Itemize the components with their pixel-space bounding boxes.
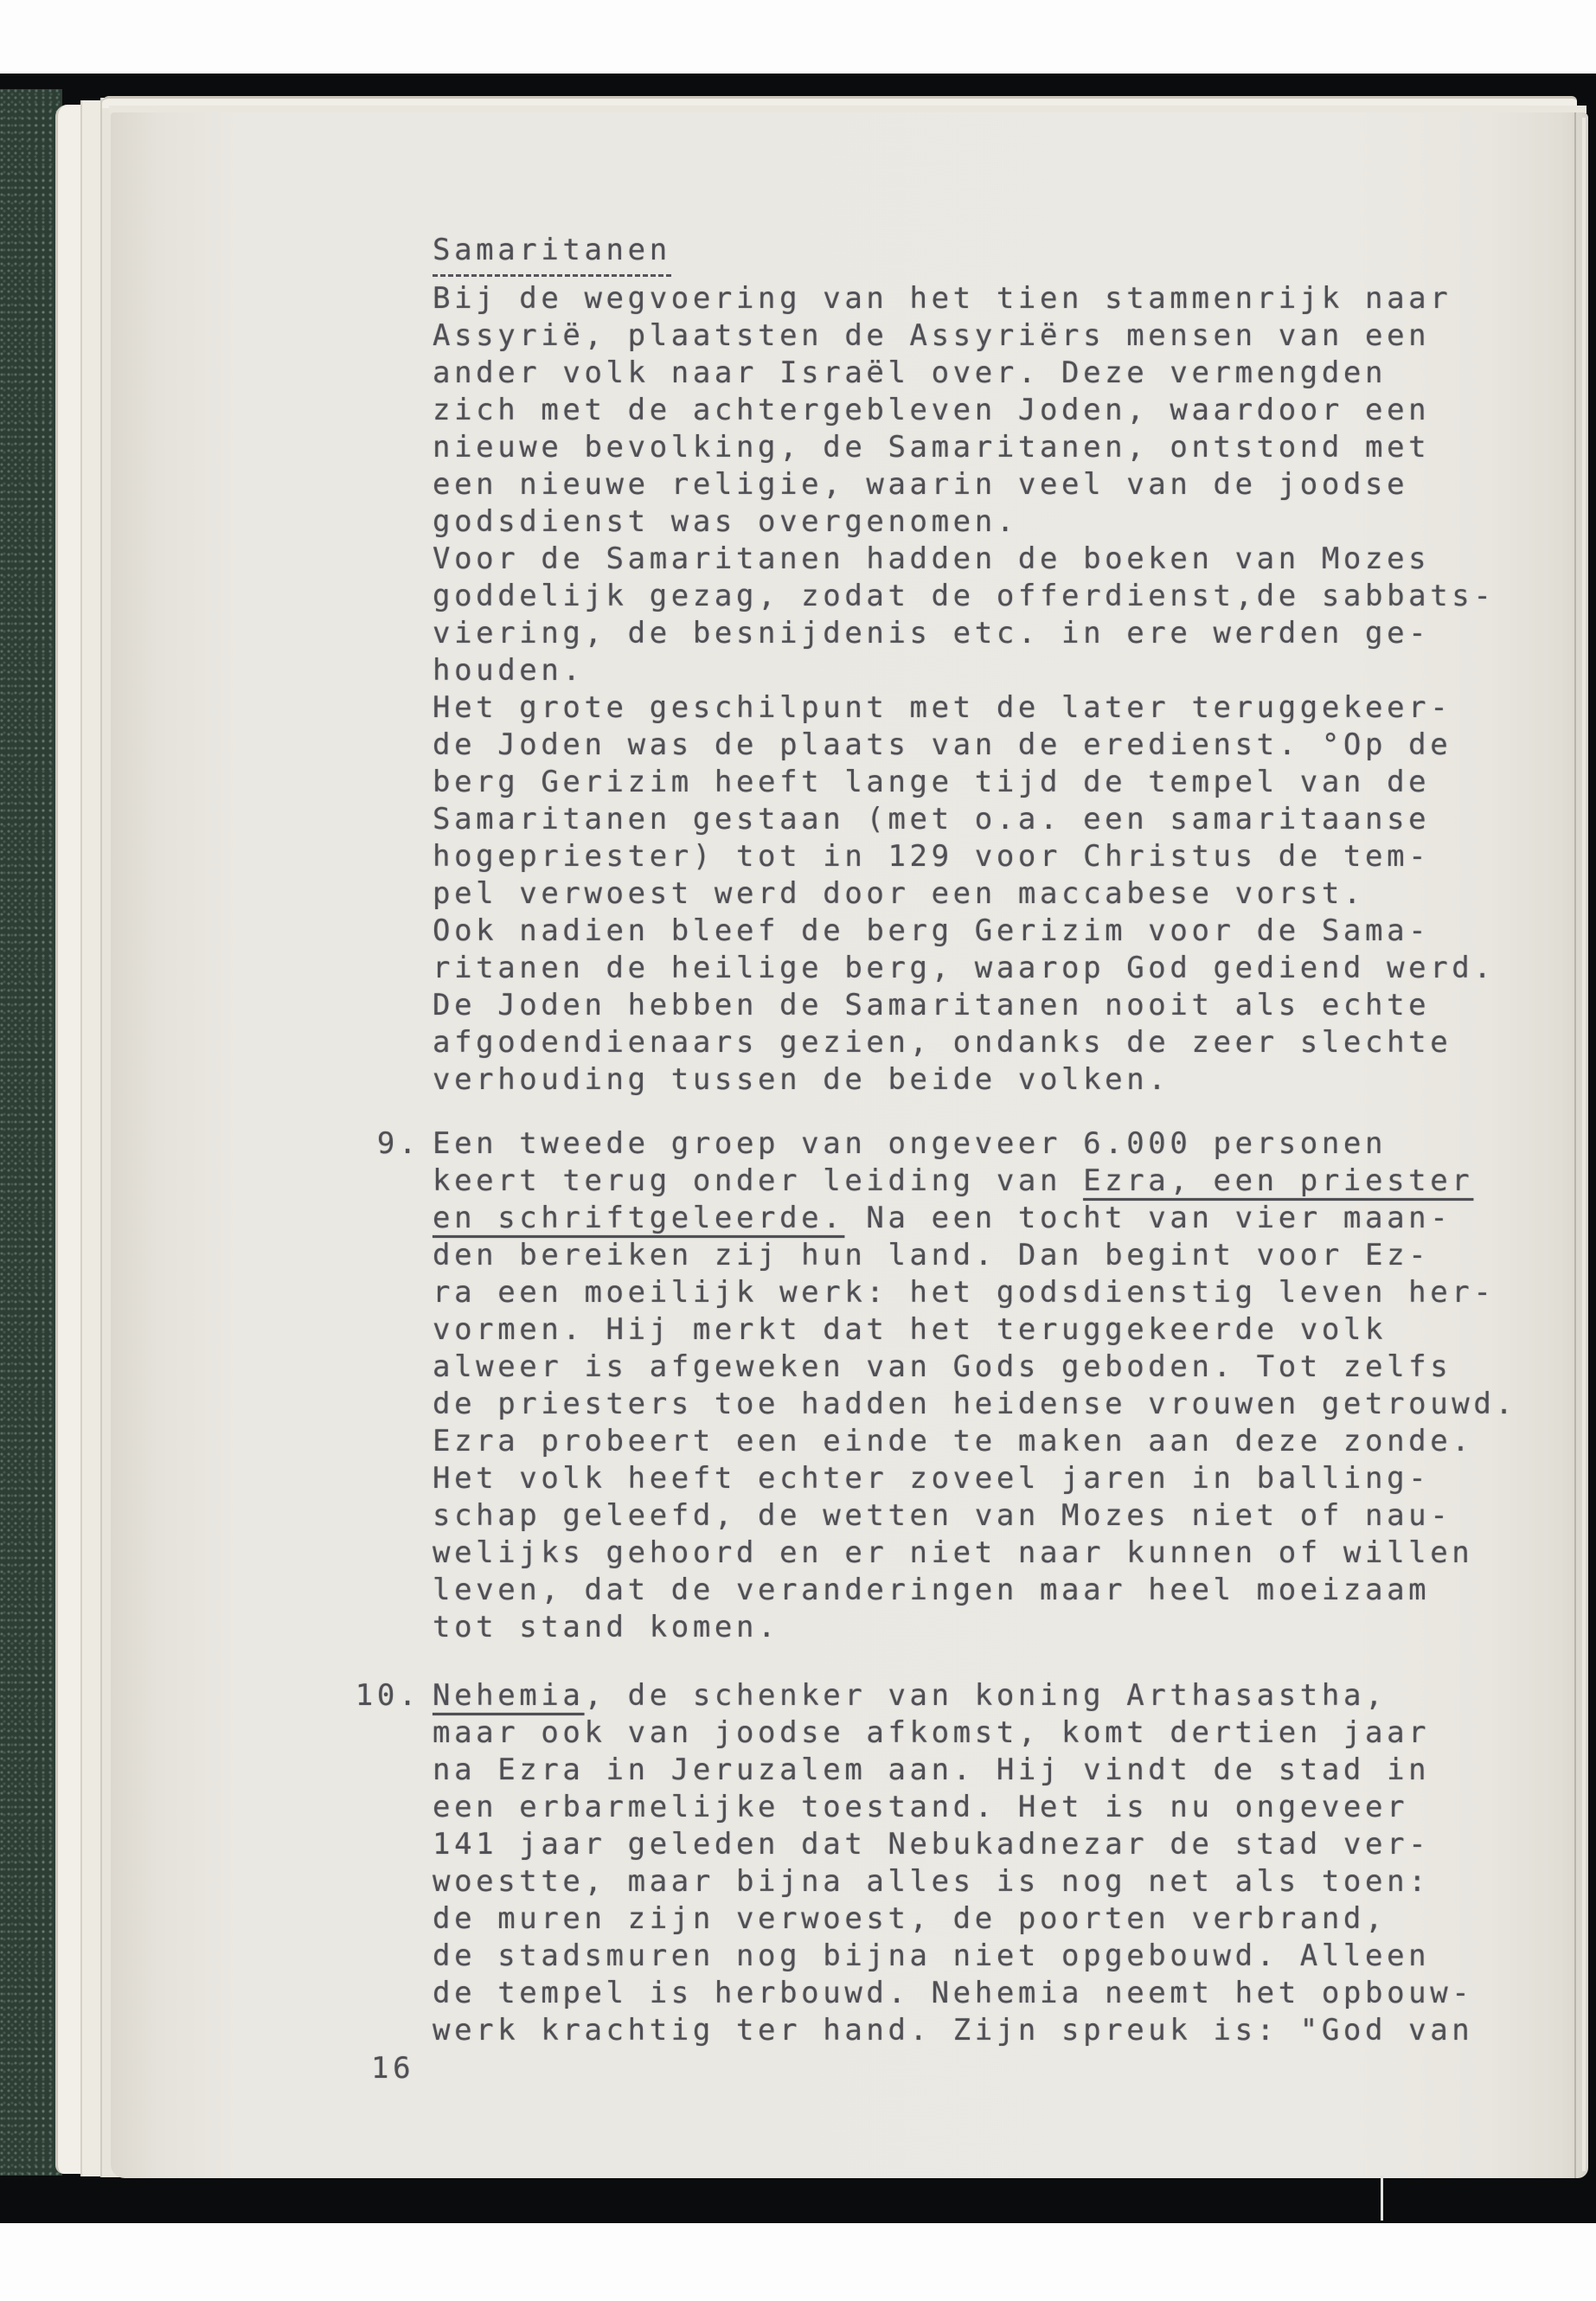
- text-line: de muren zijn verwoest, de poorten verbr…: [433, 1900, 1473, 1938]
- text-line: woestte, maar bijna alles is nog net als…: [433, 1863, 1473, 1900]
- numbered-item-9: 9. Een tweede groep van ongeveer 6.000 p…: [433, 1125, 1517, 1646]
- text-line: De Joden hebben de Samaritanen nooit als…: [433, 987, 1495, 1024]
- text-line: Het volk heeft echter zoveel jaren in ba…: [433, 1460, 1517, 1497]
- text-line: de tempel is herbouwd. Nehemia neemt het…: [433, 1975, 1473, 2012]
- item-number: 9.: [377, 1125, 420, 1163]
- text-line: een erbarmelijke toestand. Het is nu ong…: [433, 1789, 1473, 1826]
- text-line: alweer is afgeweken van Gods geboden. To…: [433, 1349, 1517, 1386]
- item-number: 10.: [356, 1677, 420, 1715]
- text-line: na Ezra in Jeruzalem aan. Hij vindt de s…: [433, 1752, 1473, 1789]
- text-line: werk krachtig ter hand. Zijn spreuk is: …: [433, 2012, 1473, 2049]
- text-line: maar ook van joodse afkomst, komt dertie…: [433, 1715, 1473, 1752]
- item-lines: Een tweede groep van ongeveer 6.000 pers…: [433, 1125, 1517, 1646]
- text-line: leven, dat de veranderingen maar heel mo…: [433, 1572, 1517, 1609]
- text-line: ra een moeilijk werk: het godsdienstig l…: [433, 1274, 1517, 1311]
- text-line: Nehemia, de schenker van koning Arthasas…: [433, 1677, 1473, 1715]
- text-line: nieuwe bevolking, de Samaritanen, ontsto…: [433, 429, 1495, 466]
- text-line: welijks gehoord en er niet naar kunnen o…: [433, 1535, 1517, 1572]
- text-line: Bij de wegvoering van het tien stammenri…: [433, 280, 1495, 317]
- page-title: Samaritanen: [433, 232, 671, 277]
- text-line: viering, de besnijdenis etc. in ere werd…: [433, 615, 1495, 652]
- text-line: afgodendienaars gezien, ondanks de zeer …: [433, 1024, 1495, 1061]
- text-line: 141 jaar geleden dat Nebukadnezar de sta…: [433, 1826, 1473, 1863]
- text-line: den bereiken zij hun land. Dan begint vo…: [433, 1237, 1517, 1274]
- text-line: vormen. Hij merkt dat het teruggekeerde …: [433, 1311, 1517, 1349]
- text-line: Voor de Samaritanen hadden de boeken van…: [433, 541, 1495, 578]
- numbered-item-10: 10. Nehemia, de schenker van koning Arth…: [433, 1677, 1473, 2049]
- text-line: keert terug onder leiding van Ezra, een …: [433, 1163, 1517, 1200]
- text-line: een nieuwe religie, waarin veel van de j…: [433, 466, 1495, 503]
- text-line: ritanen de heilige berg, waarop God gedi…: [433, 950, 1495, 987]
- text-line: Samaritanen gestaan (met o.a. een samari…: [433, 801, 1495, 838]
- text-line: Ook nadien bleef de berg Gerizim voor de…: [433, 913, 1495, 950]
- text-line: houden.: [433, 652, 1495, 689]
- text-line: verhouding tussen de beide volken.: [433, 1061, 1495, 1099]
- item-lines: Nehemia, de schenker van koning Arthasas…: [433, 1677, 1473, 2049]
- text-line: godsdienst was overgenomen.: [433, 503, 1495, 541]
- text-line: pel verwoest werd door een maccabese vor…: [433, 875, 1495, 913]
- text-line: de Joden was de plaats van de eredienst.…: [433, 727, 1495, 764]
- text-line: Ezra probeert een einde te maken aan dez…: [433, 1423, 1517, 1460]
- text-line: ander volk naar Israël over. Deze vermen…: [433, 355, 1495, 392]
- text-line: goddelijk gezag, zodat de offerdienst,de…: [433, 578, 1495, 615]
- text-line: de stadsmuren nog bijna niet opgebouwd. …: [433, 1938, 1473, 1975]
- page-text-layer: Samaritanen Bij de wegvoering van het ti…: [0, 0, 1596, 2301]
- text-line: hogepriester) tot in 129 voor Christus d…: [433, 838, 1495, 875]
- text-line: Een tweede groep van ongeveer 6.000 pers…: [433, 1125, 1517, 1163]
- text-line: Het grote geschilpunt met de later terug…: [433, 689, 1495, 727]
- text-line: de priesters toe hadden heidense vrouwen…: [433, 1386, 1517, 1423]
- text-line: tot stand komen.: [433, 1609, 1517, 1646]
- text-line: berg Gerizim heeft lange tijd de tempel …: [433, 764, 1495, 801]
- text-line: en schriftgeleerde. Na een tocht van vie…: [433, 1200, 1517, 1237]
- text-line: Assyrië, plaatsten de Assyriërs mensen v…: [433, 317, 1495, 355]
- page-number: 16: [371, 2050, 414, 2087]
- text-line: zich met de achtergebleven Joden, waardo…: [433, 392, 1495, 429]
- text-line: schap geleefd, de wetten van Mozes niet …: [433, 1497, 1517, 1535]
- intro-paragraph: Bij de wegvoering van het tien stammenri…: [433, 280, 1495, 1099]
